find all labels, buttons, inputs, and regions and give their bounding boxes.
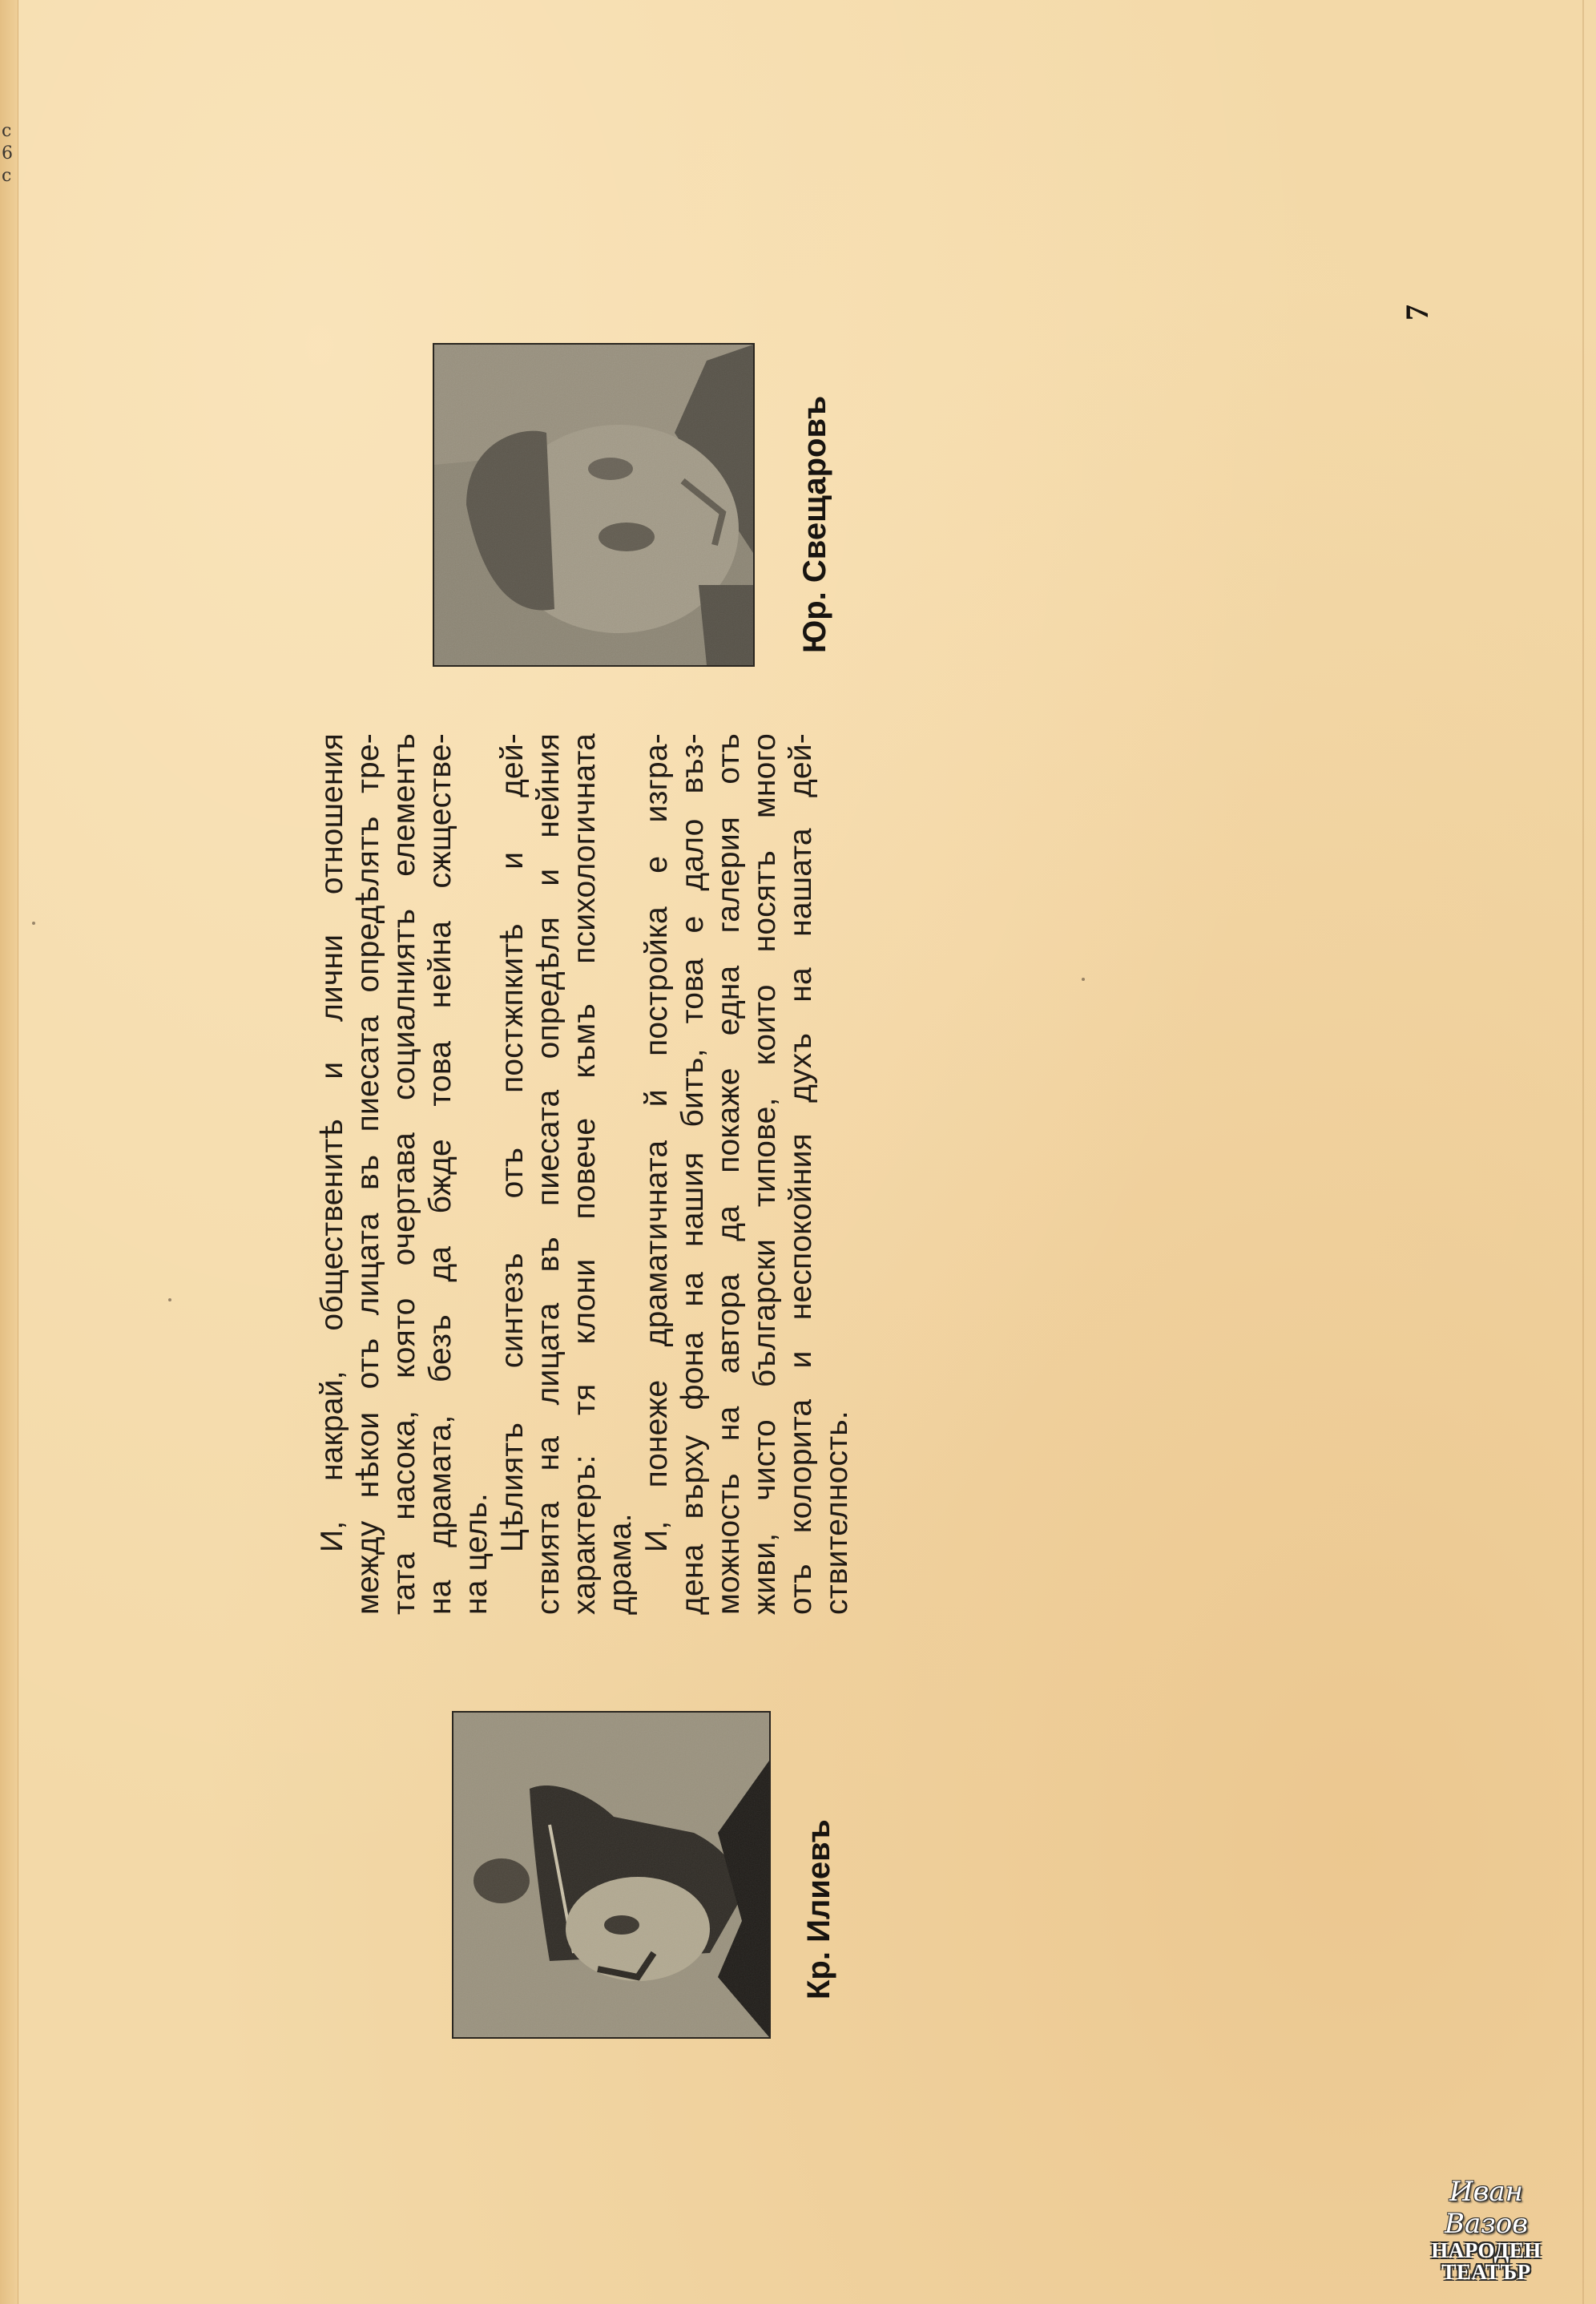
logo-script-signature: Иван Вазов — [1418, 2176, 1554, 2240]
handwritten-edge-marks: с 6 с — [2, 120, 16, 216]
logo-line-1: НАРОДЕН — [1418, 2240, 1554, 2262]
paragraph-2: Цѣлиятъ синтезъ отъ постжпкитѣ и дей- ст… — [494, 733, 639, 1615]
scan-speck — [168, 1298, 171, 1301]
scan-speck — [32, 922, 35, 925]
portrait-image — [434, 345, 753, 665]
page-fold-line — [1582, 0, 1584, 2304]
scan-speck — [1082, 978, 1085, 981]
caption-svestarov: Юр. Свещаровъ — [797, 396, 833, 653]
portrait-photo-svestarov — [434, 345, 753, 665]
portrait-image — [453, 1713, 769, 2037]
logo-line-2: ТЕАТЪР — [1418, 2262, 1554, 2283]
paragraph-3: И, понеже драматичната й постройка е изг… — [639, 733, 855, 1615]
article-body: И, накрай, общественитѣ и лични отношени… — [314, 733, 855, 1615]
page-binding-edge — [0, 0, 18, 2304]
paragraph-1: И, накрай, общественитѣ и лични отношени… — [314, 733, 494, 1615]
national-theatre-watermark-logo: Иван Вазов НАРОДЕН ТЕАТЪР — [1418, 2176, 1554, 2272]
caption-iliev: Кр. Илиевъ — [801, 1819, 837, 1999]
page-number: 7 — [1398, 305, 1436, 321]
portrait-photo-iliev — [453, 1713, 769, 2037]
